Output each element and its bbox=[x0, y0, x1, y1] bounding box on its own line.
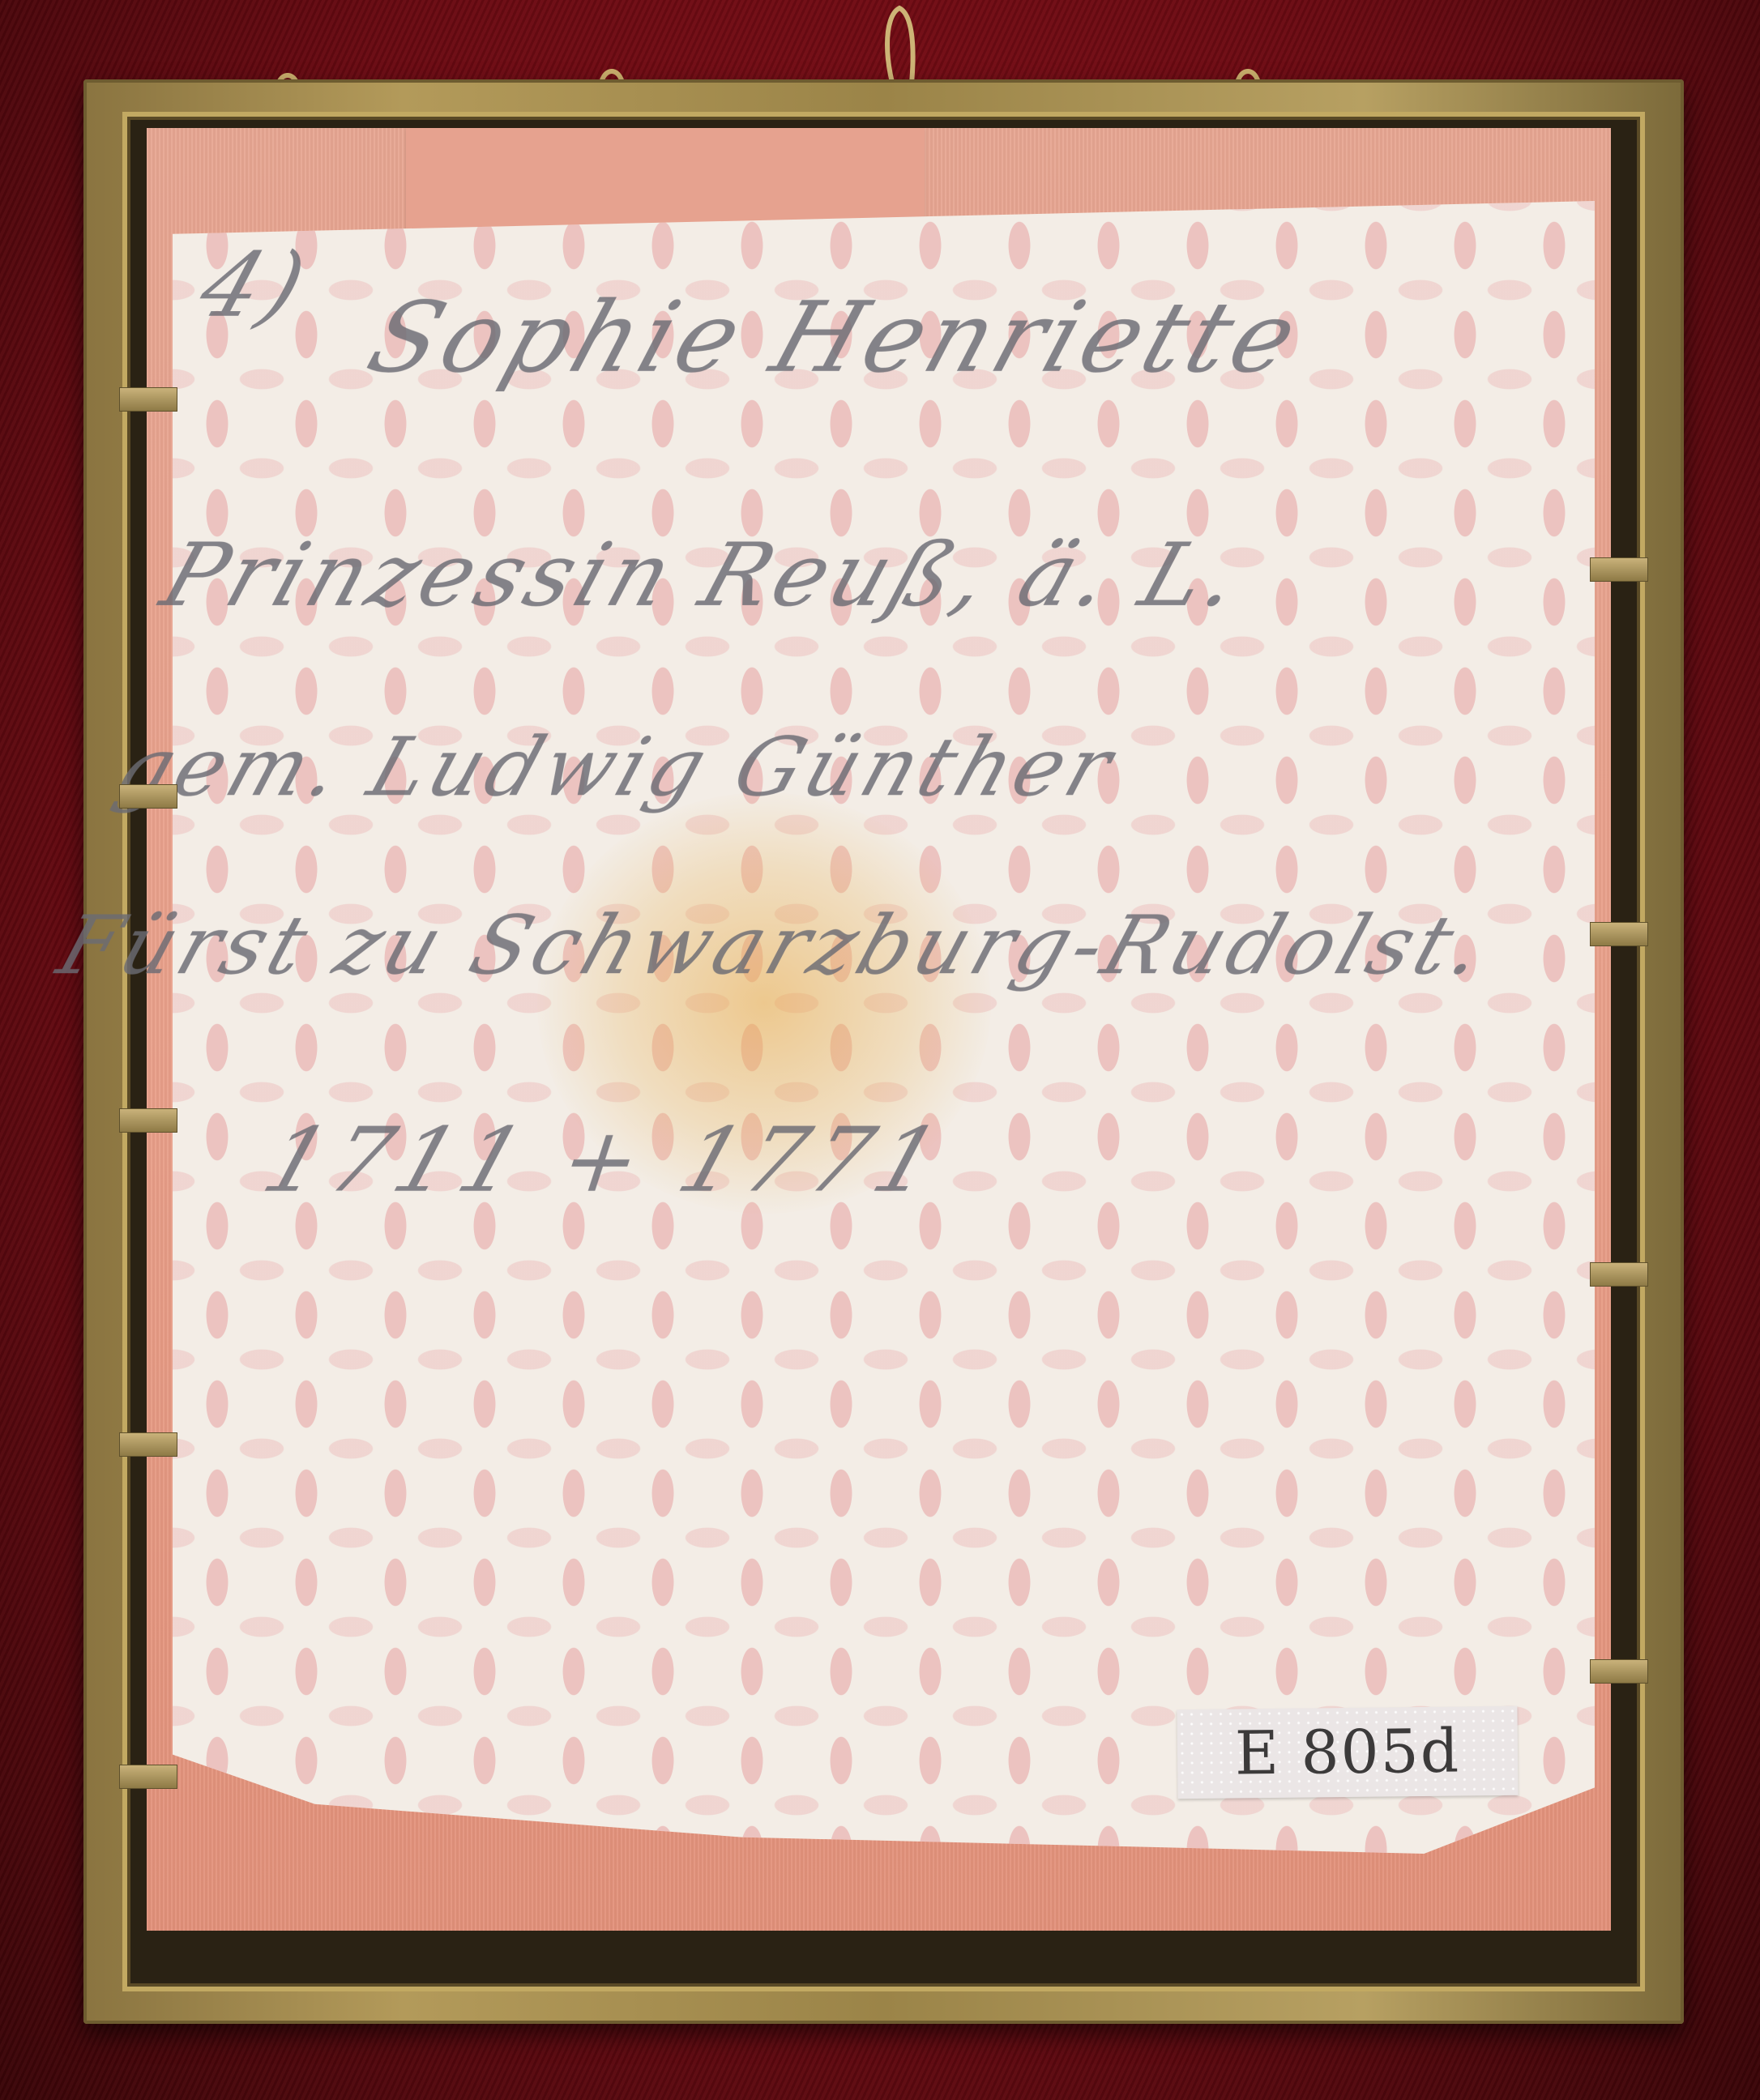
retaining-clip bbox=[119, 1765, 177, 1789]
inventory-label: E 805d bbox=[1177, 1706, 1518, 1799]
inscription-spouse: gem. Ludwig Günther bbox=[105, 719, 1128, 814]
gilt-frame: 4) Sophie Henriette Prinzessin Reuß, ä. … bbox=[83, 79, 1684, 2024]
inscription-name: Sophie Henriette bbox=[355, 282, 1314, 395]
inscription-dates: 1711 + 1771 bbox=[251, 1108, 959, 1212]
retaining-clip bbox=[119, 387, 177, 412]
photograph-scene: 4) Sophie Henriette Prinzessin Reuß, ä. … bbox=[0, 0, 1760, 2100]
retaining-clip bbox=[119, 784, 177, 809]
retaining-clip bbox=[119, 1108, 177, 1133]
retaining-clip bbox=[1590, 557, 1648, 582]
retaining-clip bbox=[119, 1432, 177, 1457]
retaining-clip bbox=[1590, 1659, 1648, 1684]
retaining-clip bbox=[1590, 922, 1648, 946]
backing-tab bbox=[406, 128, 925, 233]
inscription-title: Prinzessin Reuß, ä. L. bbox=[150, 525, 1257, 626]
inscription-spouse-title: Fürst zu Schwarzburg-Rudolst. bbox=[48, 898, 1502, 992]
inventory-number: E 805d bbox=[1234, 1717, 1460, 1789]
retaining-clip bbox=[1590, 1262, 1648, 1287]
